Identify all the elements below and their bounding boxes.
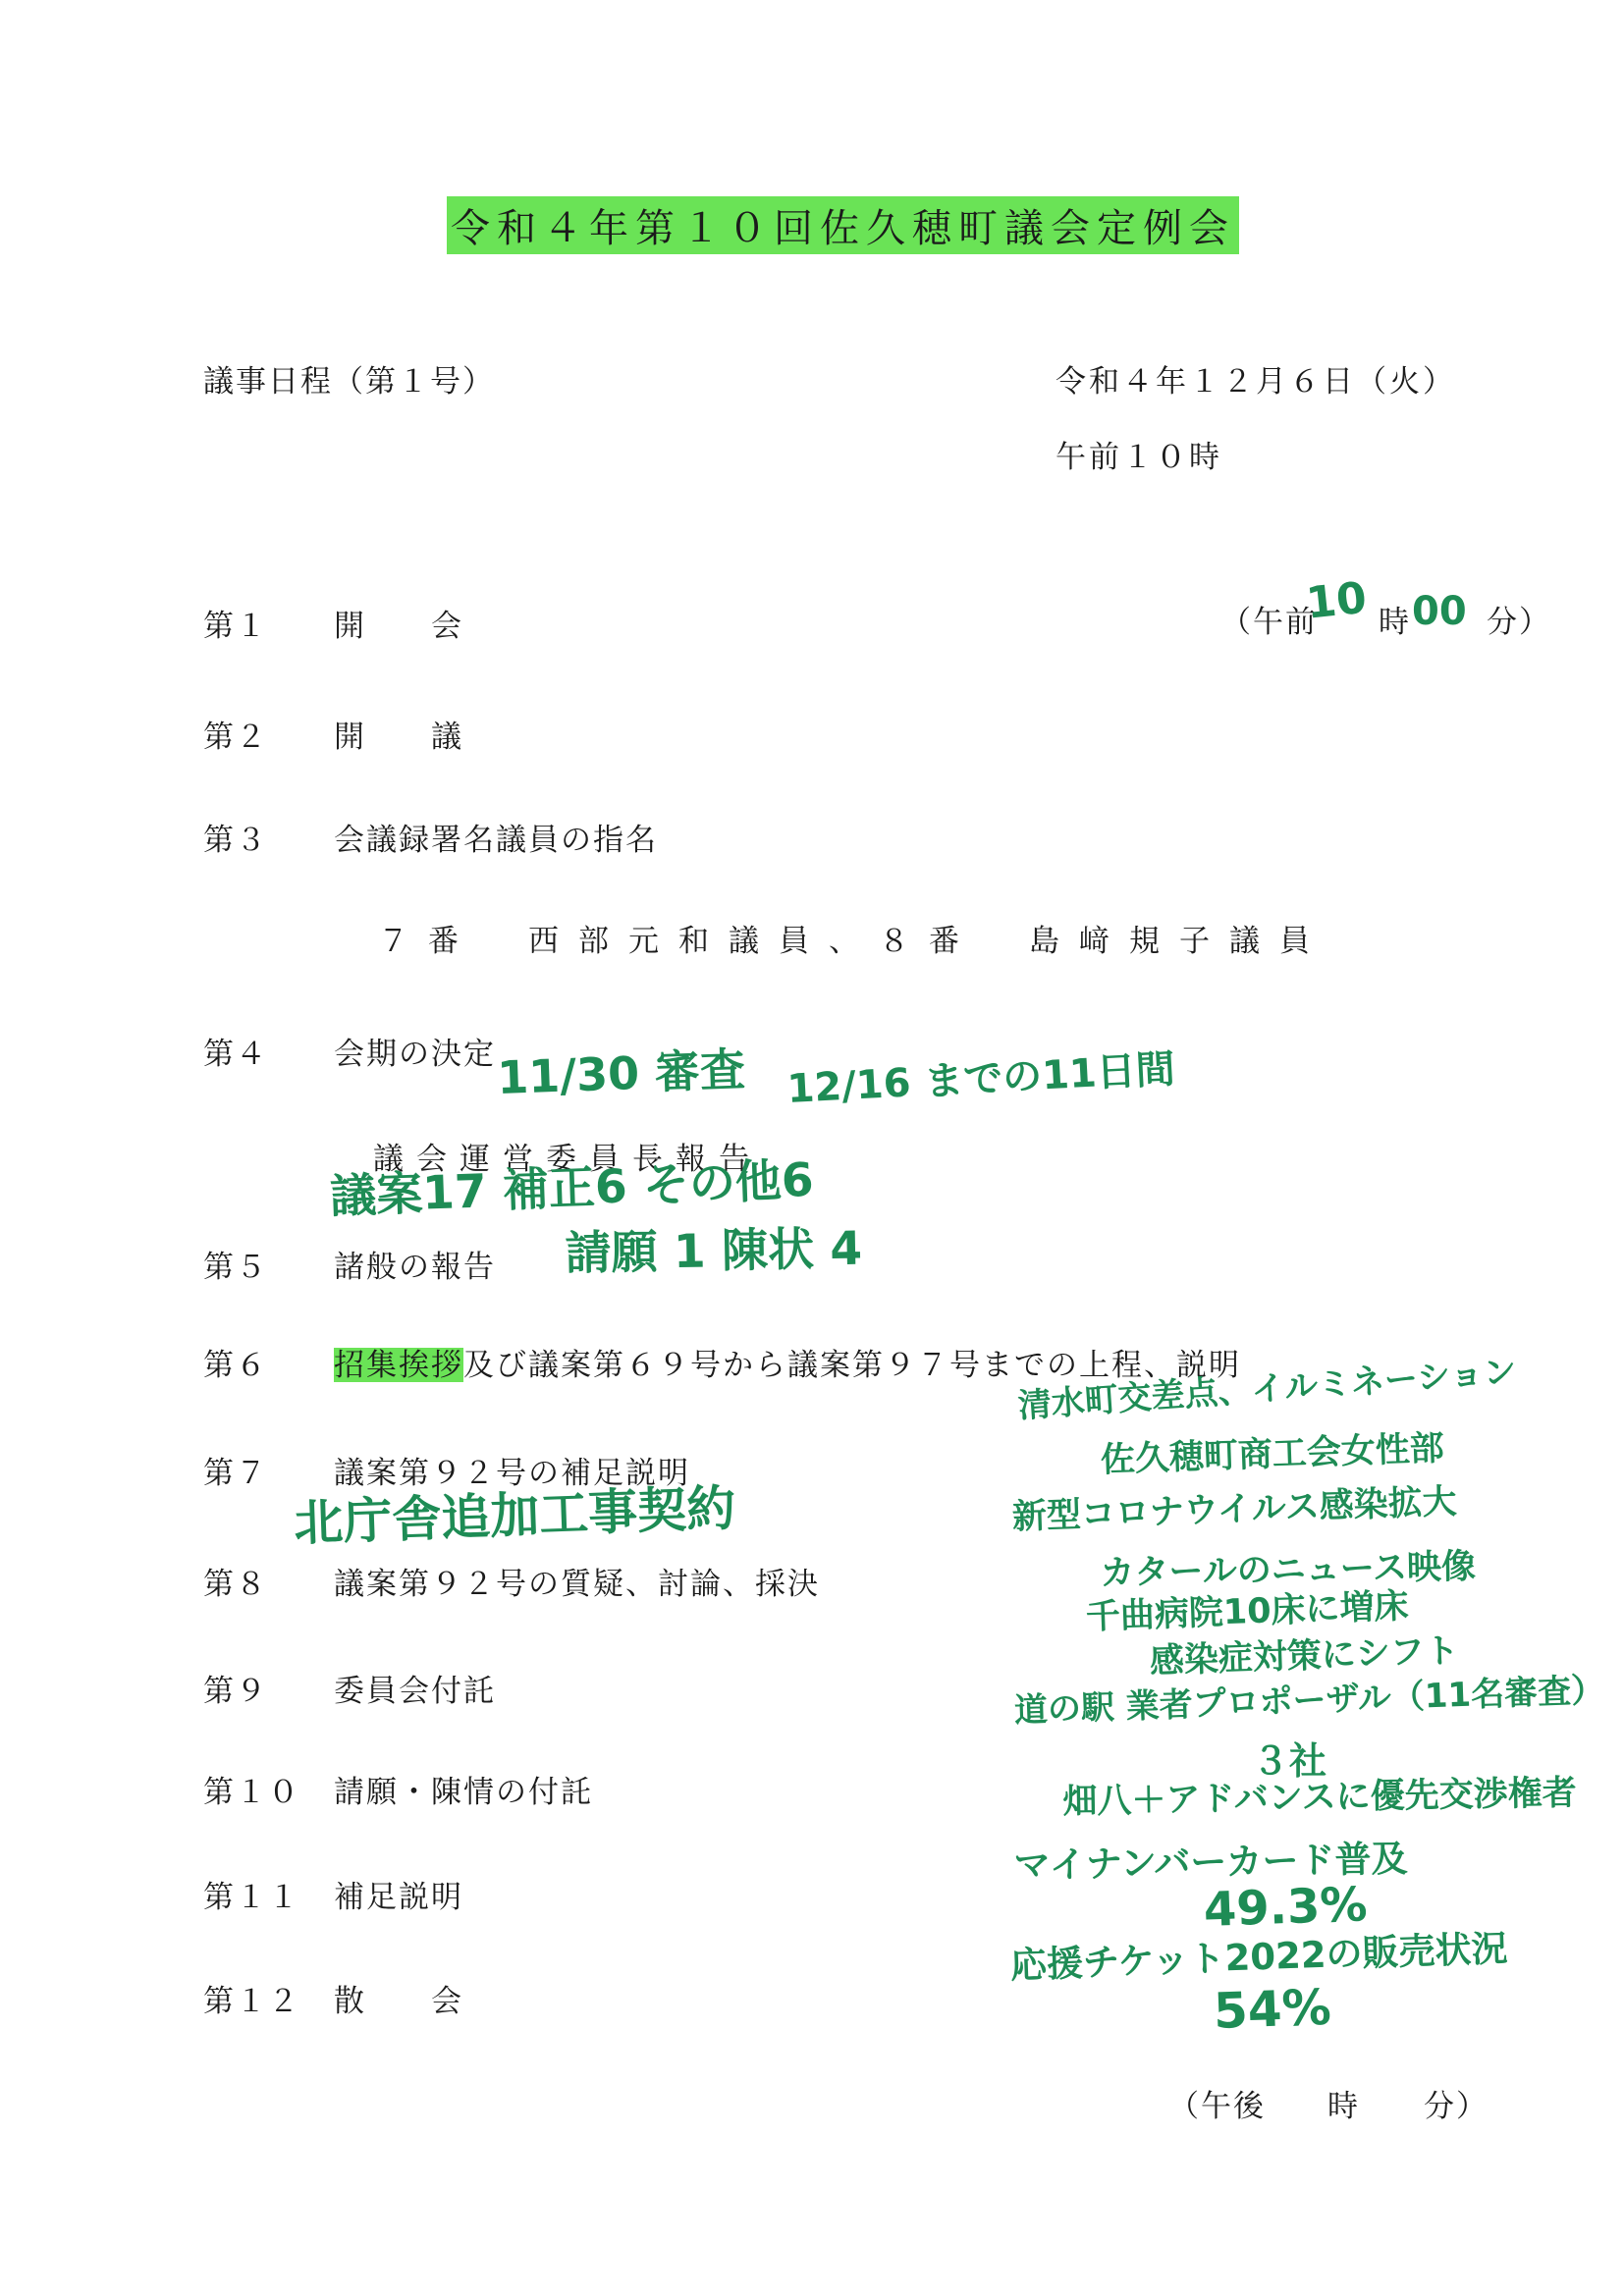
handwritten-note-shokokai: 佐久穂町商工会女性部 — [1100, 1421, 1445, 1482]
agenda-item-4-text: 会期の決定 — [334, 1037, 496, 1071]
opening-time-minute-label: 分） — [1487, 597, 1551, 641]
handwritten-session-start-note: 11/30 審査 — [496, 1034, 746, 1107]
agenda-item-8: 第８議案第９２号の質疑、討論、採決 — [203, 1559, 820, 1603]
doc-label: 議事日程（第１号） — [203, 356, 495, 400]
agenda-item-8-number: 第８ — [203, 1559, 334, 1603]
agenda-item-12-text: 散 会 — [334, 1984, 463, 2018]
agenda-item-3-subtext: ７番 西部元和議員、８番 島﨑規子議員 — [378, 916, 1329, 960]
agenda-item-9: 第９委員会付託 — [203, 1666, 496, 1710]
agenda-item-2-text: 開 議 — [334, 720, 463, 754]
handwritten-opening-minute: 00 — [1412, 589, 1467, 634]
handwritten-note-michinoeki: 道の駅 業者プロポーザル（11名審査） — [1013, 1663, 1605, 1732]
agenda-item-8-text: 議案第９２号の質疑、討論、採決 — [334, 1567, 820, 1601]
agenda-item-9-text: 委員会付託 — [334, 1674, 496, 1708]
agenda-item-11-number: 第１１ — [203, 1872, 334, 1916]
agenda-item-3-number: 第３ — [203, 815, 334, 859]
handwritten-note-ticket-percent: 54% — [1213, 1979, 1332, 2040]
agenda-item-9-number: 第９ — [203, 1666, 334, 1710]
agenda-item-12: 第１２散 会 — [203, 1976, 463, 2020]
agenda-item-10-text: 請願・陳情の付託 — [334, 1775, 593, 1809]
agenda-item-5: 第５諸般の報告 — [203, 1242, 496, 1286]
page-title: 令和４年第１０回佐久穂町議会定例会 — [447, 196, 1239, 254]
agenda-item-6-number: 第６ — [203, 1340, 334, 1384]
agenda-item-1-text: 開 会 — [334, 609, 463, 643]
handwritten-note-ticket: 応援チケット2022の販売状況 — [1009, 1918, 1508, 1989]
agenda-item-12-number: 第１２ — [203, 1976, 334, 2020]
agenda-item-11-text: 補足説明 — [334, 1880, 463, 1914]
doc-date: 令和４年１２月６日（火） — [1056, 356, 1456, 400]
opening-time-prefix: （午前 — [1220, 597, 1318, 641]
handwritten-note-corona: 新型コロナウイルス感染拡大 — [1011, 1474, 1457, 1539]
agenda-item-4-number: 第４ — [203, 1029, 334, 1073]
opening-time-hour-label: 時 — [1379, 597, 1411, 641]
agenda-item-1: 第１開 会 — [203, 601, 463, 645]
handwritten-petitions-summary: 請願 1 陳状 4 — [565, 1212, 863, 1283]
agenda-item-5-number: 第５ — [203, 1242, 334, 1286]
closing-time-prefix: （午後 — [1168, 2081, 1266, 2125]
closing-time-hour-label: 時 — [1327, 2081, 1360, 2125]
agenda-item-10: 第１０請願・陳情の付託 — [203, 1767, 593, 1811]
agenda-item-3-text: 会議録署名議員の指名 — [334, 823, 658, 857]
agenda-item-2-number: 第２ — [203, 712, 334, 756]
agenda-item-2: 第２開 議 — [203, 712, 463, 756]
agenda-item-4: 第４会期の決定 — [203, 1029, 496, 1073]
closing-time-minute-label: 分） — [1424, 2081, 1489, 2125]
agenda-item-6-highlighted-text: 招集挨拶 — [334, 1348, 463, 1382]
agenda-item-11: 第１１補足説明 — [203, 1872, 463, 1916]
handwritten-session-end-note: 12/16 までの11日間 — [785, 1038, 1176, 1114]
agenda-document-page: 令和４年第１０回佐久穂町議会定例会 議事日程（第１号） 令和４年１２月６日（火）… — [0, 0, 1624, 2296]
agenda-item-10-number: 第１０ — [203, 1767, 334, 1811]
handwritten-opening-hour: 10 — [1304, 573, 1369, 629]
agenda-item-3: 第３会議録署名議員の指名 — [203, 815, 658, 859]
handwritten-item7-note: 北庁舎追加工事契約 — [293, 1468, 736, 1555]
doc-start-time: 午前１０時 — [1056, 432, 1222, 476]
agenda-item-1-number: 第１ — [203, 601, 334, 645]
handwritten-note-hatake: 畑八＋アドバンスに優先交渉権者 — [1062, 1766, 1577, 1824]
agenda-item-5-text: 諸般の報告 — [334, 1250, 496, 1284]
